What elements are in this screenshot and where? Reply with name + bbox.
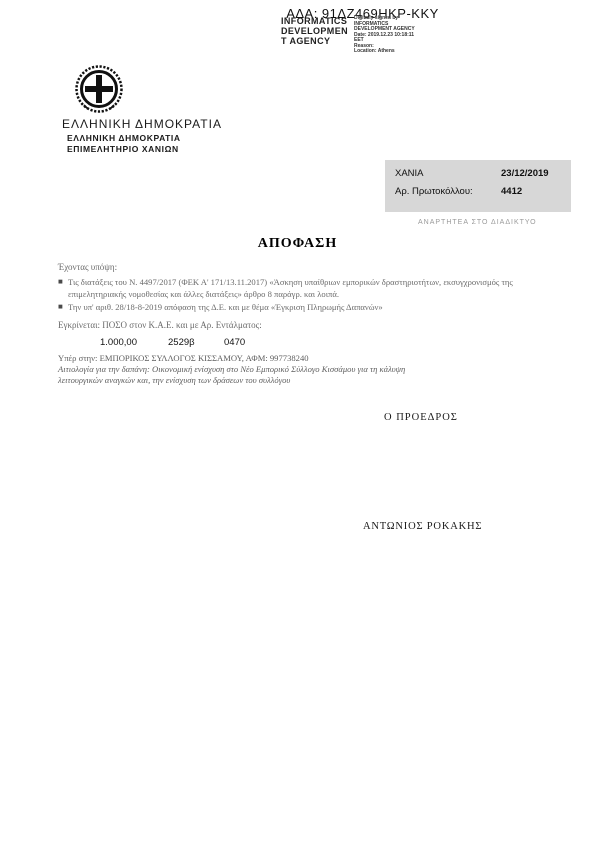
decision-title: ΑΠΟΦΑΣΗ xyxy=(0,236,595,252)
signature-agency-line2: DEVELOPMEN xyxy=(281,26,348,36)
beneficiary-line: Υπέρ στην: ΕΜΠΟΡΙΚΟΣ ΣΥΛΛΟΓΟΣ ΚΙΣΣΑΜΟΥ, … xyxy=(58,353,309,363)
signature-agency-name: INFORMATICS DEVELOPMEN T AGENCY xyxy=(281,16,348,55)
amount-value: 1.000,00 xyxy=(100,337,168,348)
justification-line1: Αιτιολογία για την δαπάνη: Οικονομική εν… xyxy=(58,364,405,374)
legal-basis-item: ■ Τις διατάξεις του Ν. 4497/2017 (ΦΕΚ Α'… xyxy=(58,276,558,300)
protocol-label: Αρ. Πρωτοκόλλου: xyxy=(395,186,501,197)
legal-basis-list: ■ Τις διατάξεις του Ν. 4497/2017 (ΦΕΚ Α'… xyxy=(58,276,558,314)
date-value: 23/12/2019 xyxy=(501,168,549,179)
signature-agency-line1: INFORMATICS xyxy=(281,16,348,26)
president-title: Ο ΠΡΟΕΔΡΟΣ xyxy=(384,412,458,423)
anartitea-note: ΑΝΑΡΤΗΤΕΑ ΣΤΟ ΔΙΑΔΙΚΤΥΟ xyxy=(418,219,537,226)
chamber-title: ΕΠΙΜΕΛΗΤΗΡΙΟ ΧΑΝΙΩΝ xyxy=(67,144,179,154)
protocol-value: 4412 xyxy=(501,186,522,197)
signature-agency-line3: T AGENCY xyxy=(281,36,348,46)
having-regard-label: Έχοντας υπόψη: xyxy=(58,262,117,272)
warrant-number-value: 0470 xyxy=(224,337,245,348)
republic-title-large: ΕΛΛΗΝΙΚΗ ΔΗΜΟΚΡΑΤΙΑ xyxy=(62,117,222,131)
republic-title-small: ΕΛΛΗΝΙΚΗ ΔΗΜΟΚΡΑΤΙΑ xyxy=(67,133,181,143)
approval-values-row: 1.000,00 2529β 0470 xyxy=(100,337,245,348)
protocol-box: ΧΑΝΙΑ 23/12/2019 Αρ. Πρωτοκόλλου: 4412 xyxy=(385,160,571,212)
bullet-icon: ■ xyxy=(58,276,68,300)
protocol-number-row: Αρ. Πρωτοκόλλου: 4412 xyxy=(395,186,561,197)
city-label: ΧΑΝΙΑ xyxy=(395,168,501,179)
justification-line2: λειτουργικών αναγκών και, την ενίσχυση τ… xyxy=(58,375,290,385)
signature-details: Digitally signed by INFORMATICS DEVELOPM… xyxy=(354,16,415,55)
bullet-icon: ■ xyxy=(58,301,68,313)
legal-basis-item: ■ Την υπ' αριθ. 28/18-8-2019 απόφαση της… xyxy=(58,301,558,313)
digital-signature-block: INFORMATICS DEVELOPMEN T AGENCY Digitall… xyxy=(281,16,415,55)
kae-code-value: 2529β xyxy=(168,337,224,348)
approval-line: Εγκρίνεται: ΠΟΣΟ στον Κ.Α.Ε. και με Αρ. … xyxy=(58,320,262,330)
president-name: ΑΝΤΩΝΙΟΣ ΡΟΚΑΚΗΣ xyxy=(363,521,482,532)
greek-national-emblem-icon xyxy=(74,64,124,114)
protocol-city-row: ΧΑΝΙΑ 23/12/2019 xyxy=(395,168,561,179)
